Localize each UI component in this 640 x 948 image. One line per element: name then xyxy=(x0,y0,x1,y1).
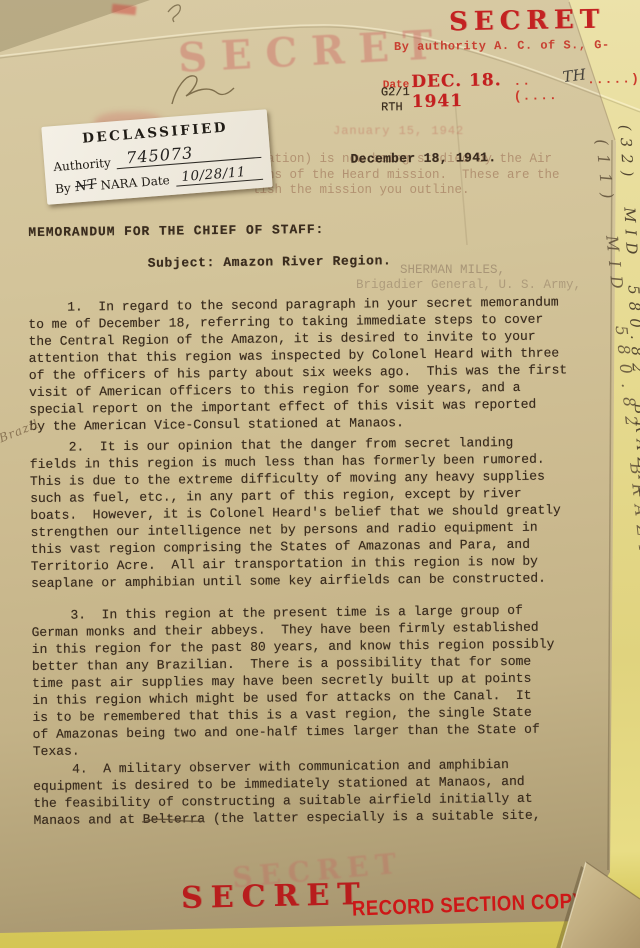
memo-paragraph-2: 2. It is our opinion that the danger fro… xyxy=(30,433,607,592)
memo-paragraph-3: 3. In this region at the present time is… xyxy=(31,601,608,760)
memo-subject: Subject: Amazon River Region. xyxy=(148,253,392,271)
nara-date-label: NARA Date xyxy=(100,173,170,192)
memo-date: December 18, 1941. xyxy=(351,150,497,167)
memo-heading: MEMORANDUM FOR THE CHIEF OF STAFF: xyxy=(28,222,324,240)
authority-label: Authority xyxy=(53,156,111,174)
secret-stamp-bottom: SECRET xyxy=(181,877,368,916)
document-scan: January 15, 1942 station) is now being s… xyxy=(0,0,640,948)
authority-value: 745073 xyxy=(116,143,194,168)
memo-paragraph-4: 4. A military observer with communicatio… xyxy=(33,755,609,829)
memo-paragraph-1: 1. In regard to the second paragraph in … xyxy=(28,293,604,435)
routing-code: G2/1 xyxy=(381,85,410,99)
by-initials: NT xyxy=(74,176,98,195)
nara-date-value: 10/28/11 xyxy=(175,164,247,185)
routing-initials: RTH xyxy=(381,100,403,114)
by-label: By xyxy=(55,181,72,196)
